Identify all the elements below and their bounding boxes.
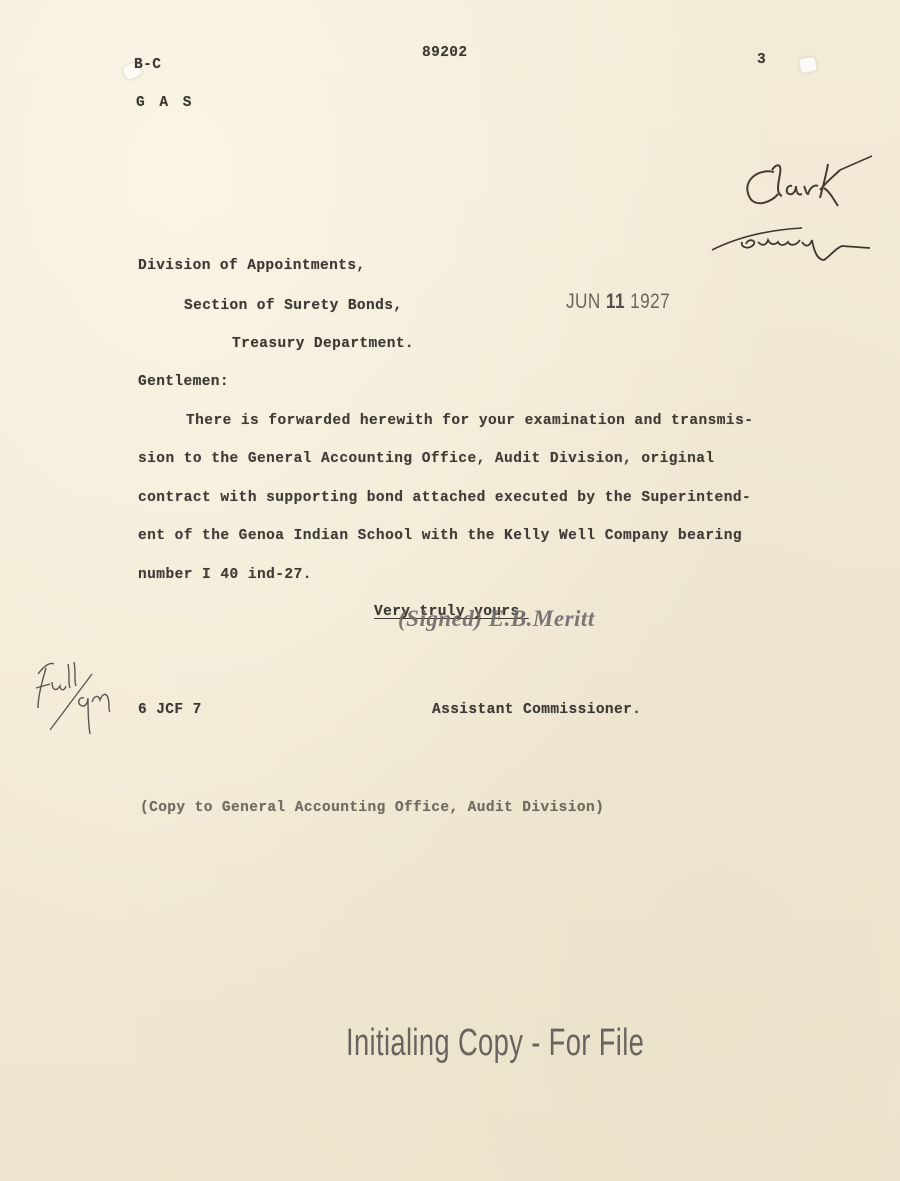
copy-note: (Copy to General Accounting Office, Audi… bbox=[140, 800, 604, 816]
reference-code: 6 JCF 7 bbox=[138, 702, 202, 718]
salutation: Gentlemen: bbox=[138, 374, 229, 390]
date-stamp-month: JUN bbox=[566, 290, 601, 313]
file-stamp: Initialing Copy - For File bbox=[346, 1022, 644, 1065]
signatory-title: Assistant Commissioner. bbox=[432, 702, 641, 718]
date-stamp: JUN 11 1927 bbox=[566, 290, 670, 314]
handwritten-torrey-signature bbox=[706, 212, 886, 272]
address-line-1: Division of Appointments, bbox=[138, 258, 366, 274]
body-line-2: sion to the General Accounting Office, A… bbox=[138, 451, 715, 467]
address-line-3: Treasury Department. bbox=[232, 336, 414, 352]
body-line-5: number I 40 ind-27. bbox=[138, 567, 312, 583]
address-line-2: Section of Surety Bonds, bbox=[184, 298, 402, 314]
handwritten-margin-initials bbox=[28, 652, 118, 742]
header-left-code: B-C bbox=[134, 57, 161, 73]
body-line-4: ent of the Genoa Indian School with the … bbox=[138, 528, 742, 544]
signature-stamp: (Signed) E.B.Meritt bbox=[398, 606, 595, 632]
handwritten-clark-signature bbox=[700, 150, 880, 270]
body-line-3: contract with supporting bond attached e… bbox=[138, 490, 751, 506]
header-file-number: 89202 bbox=[422, 45, 468, 61]
header-initials: G A S bbox=[136, 95, 195, 111]
header-page-number: 3 bbox=[757, 52, 766, 68]
date-stamp-year: 1927 bbox=[630, 290, 670, 313]
body-line-1: There is forwarded herewith for your exa… bbox=[186, 413, 753, 429]
date-stamp-day: 11 bbox=[606, 290, 625, 313]
punch-hole-right bbox=[799, 57, 817, 74]
